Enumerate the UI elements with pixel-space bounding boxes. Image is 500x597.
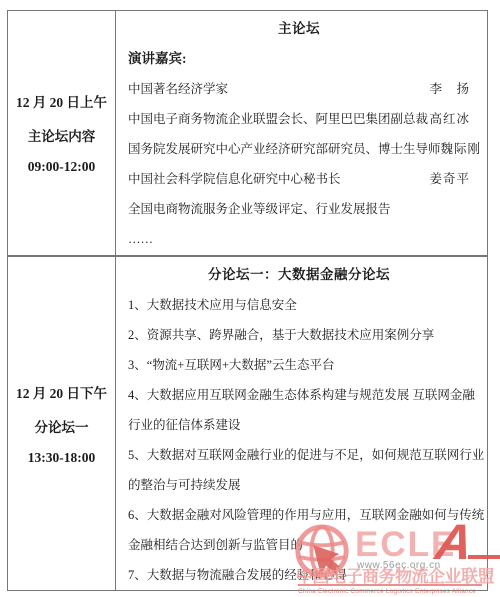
sub-forum-cell: 分论坛一：大数据金融分论坛 1、大数据技术应用与信息安全 2、资源共享、跨界融合…: [116, 257, 487, 590]
forum-title: 主论坛: [128, 14, 470, 44]
topic-item-wrap: 行业的征信体系建设: [128, 410, 470, 440]
session-name: 主论坛内容: [28, 125, 96, 145]
speaker-desc: 中国电子商务物流企业联盟会长、阿里巴巴集团副总裁: [128, 104, 428, 134]
speaker-row: 中国著名经济学家 李 扬: [128, 74, 470, 104]
topic-item-wrap: 金融相结合达到创新与监管目的: [128, 530, 470, 560]
speaker-row: 中国电子商务物流企业联盟会长、阿里巴巴集团副总裁 高红冰: [128, 104, 470, 134]
topic-item: 6、大数据金融对风险管理的作用与应用，互联网金融如何与传统: [128, 500, 470, 530]
agenda-extra-text: 全国电商物流服务企业等级评定、行业发展报告: [128, 194, 391, 224]
ellipsis-text: ……: [128, 224, 153, 254]
topic-item: 4、大数据应用互联网金融生态体系构建与规范发展 互联网金融: [128, 380, 470, 410]
speaker-row: 国务院发展研究中心产业经济研究部研究员、博士生导师 魏际刚: [128, 134, 470, 164]
speaker-name: 姜奇平: [429, 164, 470, 194]
session-time-cell-morning: 12 月 20 日上午 主论坛内容 09:00-12:00: [8, 11, 116, 255]
main-forum-cell: 主论坛 演讲嘉宾: 中国著名经济学家 李 扬 中国电子商务物流企业联盟会长、阿里…: [116, 11, 487, 255]
ellipsis-line: ……: [128, 224, 470, 254]
speaker-row: 中国社会科学院信息化研究中心秘书长 姜奇平: [128, 164, 470, 194]
speaker-name: 李 扬: [429, 74, 470, 104]
topic-item: 3、“物流+互联网+大数据”云生态平台: [128, 350, 470, 380]
session-date: 12 月 20 日上午: [16, 91, 107, 111]
topic-item: 5、大数据对互联网金融行业的促进与不足，如何规范互联网行业: [128, 440, 470, 470]
topic-item: 1、大数据技术应用与信息安全: [128, 290, 470, 320]
session-date: 12 月 20 日下午: [16, 382, 107, 402]
table-row: 12 月 20 日上午 主论坛内容 09:00-12:00 主论坛 演讲嘉宾: …: [8, 11, 487, 257]
sub-forum-title: 分论坛一：大数据金融分论坛: [128, 260, 470, 290]
table-row: 12 月 20 日下午 分论坛一 13:30-18:00 分论坛一：大数据金融分…: [8, 257, 487, 590]
speaker-desc: 国务院发展研究中心产业经济研究部研究员、博士生导师: [128, 134, 441, 164]
speaker-desc: 中国著名经济学家: [128, 74, 228, 104]
agenda-extra-line: 全国电商物流服务企业等级评定、行业发展报告: [128, 194, 470, 224]
topic-item-wrap: 的整治与可持续发展: [128, 470, 470, 500]
session-name: 分论坛一: [35, 416, 89, 436]
document-page: 12 月 20 日上午 主论坛内容 09:00-12:00 主论坛 演讲嘉宾: …: [0, 0, 500, 597]
session-time-cell-afternoon: 12 月 20 日下午 分论坛一 13:30-18:00: [8, 257, 116, 590]
guests-heading: 演讲嘉宾:: [128, 44, 470, 74]
agenda-table: 12 月 20 日上午 主论坛内容 09:00-12:00 主论坛 演讲嘉宾: …: [7, 10, 488, 591]
session-hours: 09:00-12:00: [28, 159, 96, 175]
speaker-name: 魏际刚: [441, 134, 482, 164]
topic-item: 7、大数据与物流融合发展的经验和心得: [128, 560, 470, 590]
topic-item: 2、资源共享、跨界融合，基于大数据技术应用案例分享: [128, 320, 470, 350]
speaker-desc: 中国社会科学院信息化研究中心秘书长: [128, 164, 341, 194]
speaker-name: 高红冰: [429, 104, 470, 134]
session-hours: 13:30-18:00: [28, 450, 96, 466]
